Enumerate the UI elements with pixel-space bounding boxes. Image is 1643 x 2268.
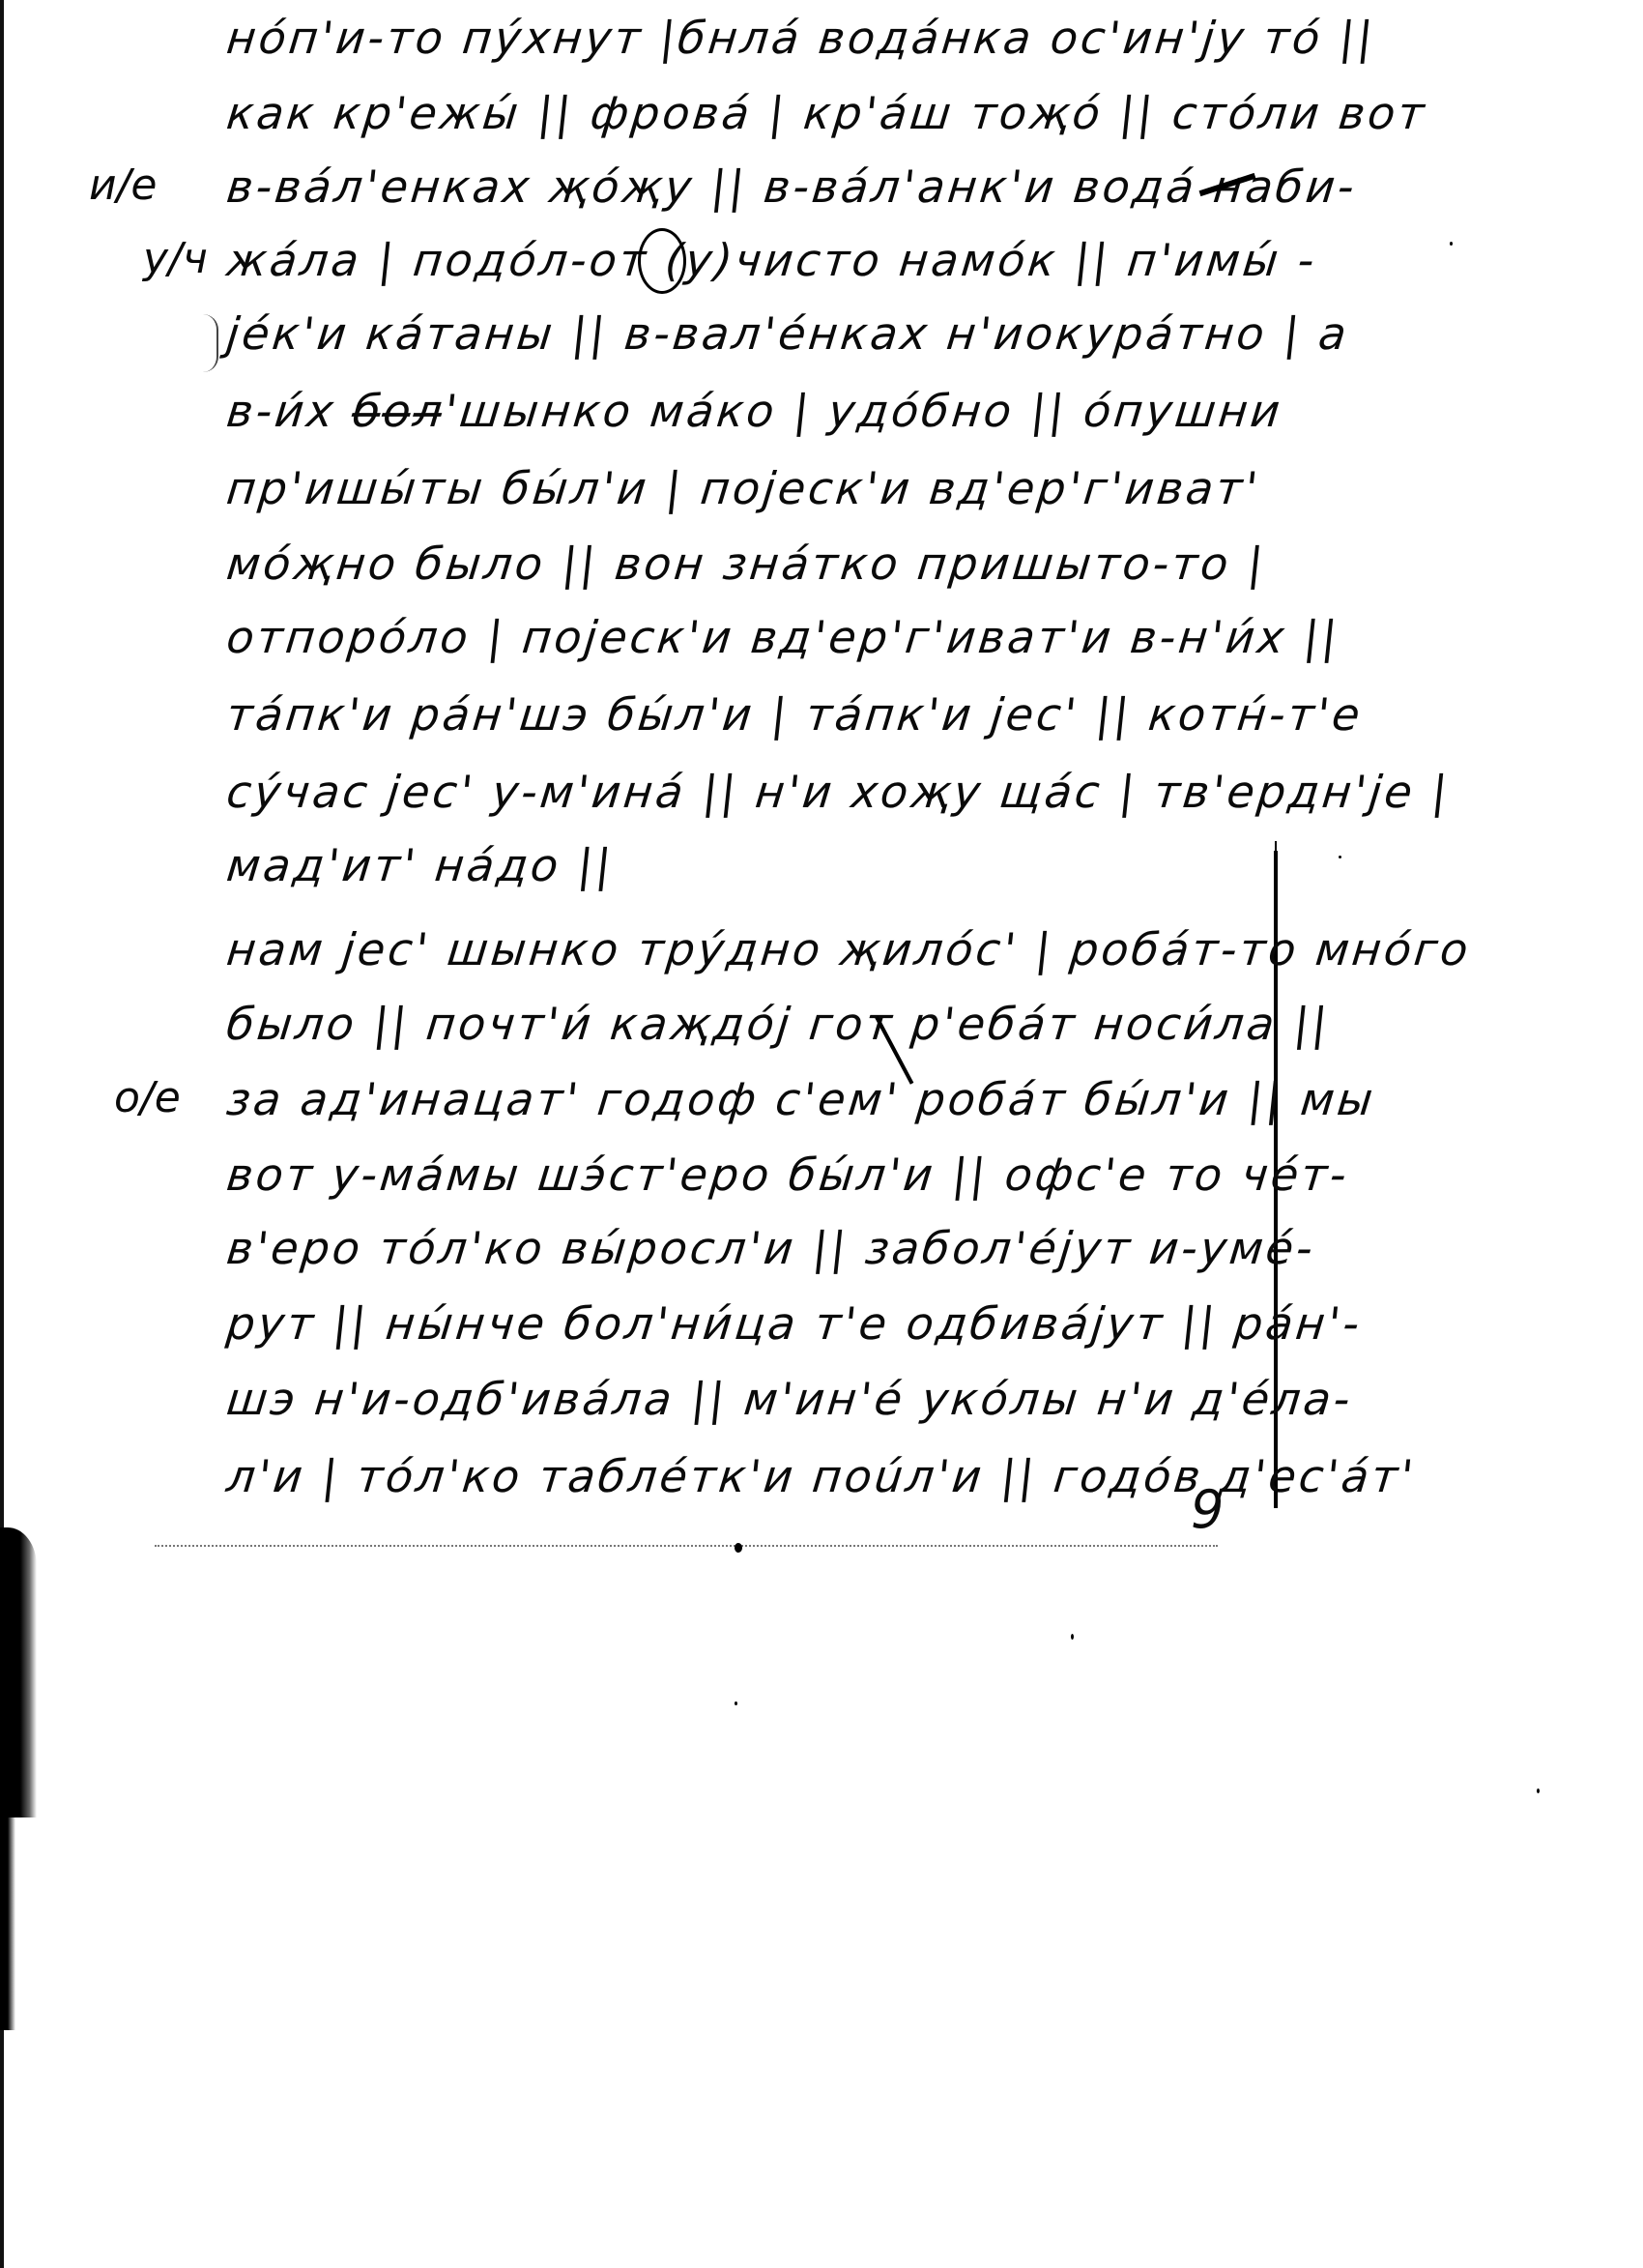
document-page: нóп'и-то пýхнут |бнлá водáнка ос'ин'ју т…: [0, 0, 1643, 2268]
circled-letter-mark: [638, 228, 686, 294]
text-line: в-и́х б̶о̶л̶'шынко мáко | удóбно || óпуш…: [224, 385, 1285, 437]
bracket-mark: [203, 314, 218, 372]
text-line: мад'ит' нáдо ||: [224, 839, 617, 891]
ink-speck: [1450, 242, 1453, 246]
ink-speck: [1071, 1634, 1074, 1640]
text-line: рут || ны́нче бол'ни́ца т'е одбивáјут ||…: [224, 1297, 1365, 1350]
text-line: было || почт'и́ каҗдóј гот р'ебáт носи́л…: [224, 998, 1333, 1050]
text-line: как кр'ежы́ || фровá | кр'áш тоҗó || стó…: [224, 87, 1429, 139]
text-line: шэ н'и-одб'ивáла || м'ин'é укóлы н'и д'é…: [224, 1373, 1355, 1425]
text-line: вот у-мáмы шэ́ст'еро бы́л'и || офс'е то …: [224, 1149, 1352, 1201]
text-line: пр'ишы́ты бы́л'и | појеск'и вд'ер'г'иват…: [224, 462, 1263, 514]
text-line: нóп'и-то пýхнут |бнлá водáнка ос'ин'ју т…: [224, 12, 1378, 64]
scan-shadow: [0, 1527, 37, 1817]
dotted-rule: [155, 1545, 1218, 1547]
text-line: су́час јес' у-м'инá || н'и хоҗу щáс | тв…: [224, 766, 1453, 818]
text-line: л'и | тóл'ко таблéтк'и поúл'и || годóв д…: [224, 1450, 1419, 1502]
text-line: в'еро тóл'ко вы́росл'и || забол'éјут и-у…: [224, 1222, 1318, 1274]
text-line: јéк'и кáтаны || в-вал'éнкаx н'иокурáтно …: [224, 307, 1352, 360]
ink-speck: [735, 1543, 742, 1553]
ink-speck: [1339, 856, 1341, 858]
margin-note: и/е: [89, 160, 158, 210]
margin-note: у/ч: [143, 234, 208, 283]
text-line: нам јес' шынко трýдно җилóс' | робáт-то …: [224, 923, 1473, 975]
text-line: мóҗно было || вон знáтко пришыто-то |: [224, 538, 1268, 590]
scan-shadow-tail: [0, 1817, 15, 2030]
text-line: за ад'инацат' годоф с'ем' робáт бы́л'и |…: [224, 1073, 1378, 1125]
text-line: жáла | подóл-от (у)чисто намóк || п'имы́…: [224, 234, 1319, 286]
ink-speck: [1537, 1788, 1540, 1793]
margin-note: о/е: [114, 1073, 181, 1122]
text-line: отпорóло | појеск'и вд'ер'г'иват'и в-н'и…: [224, 611, 1342, 663]
page-number: 9: [1191, 1479, 1224, 1540]
text-line: тáпк'и рáн'шэ бы́л'и | тáпк'и јес' || ко…: [224, 688, 1366, 741]
ink-speck: [735, 1701, 737, 1705]
text-line: в-вáл'енкаx җóҗу || в-вáл'анк'и водá наб…: [224, 160, 1360, 213]
